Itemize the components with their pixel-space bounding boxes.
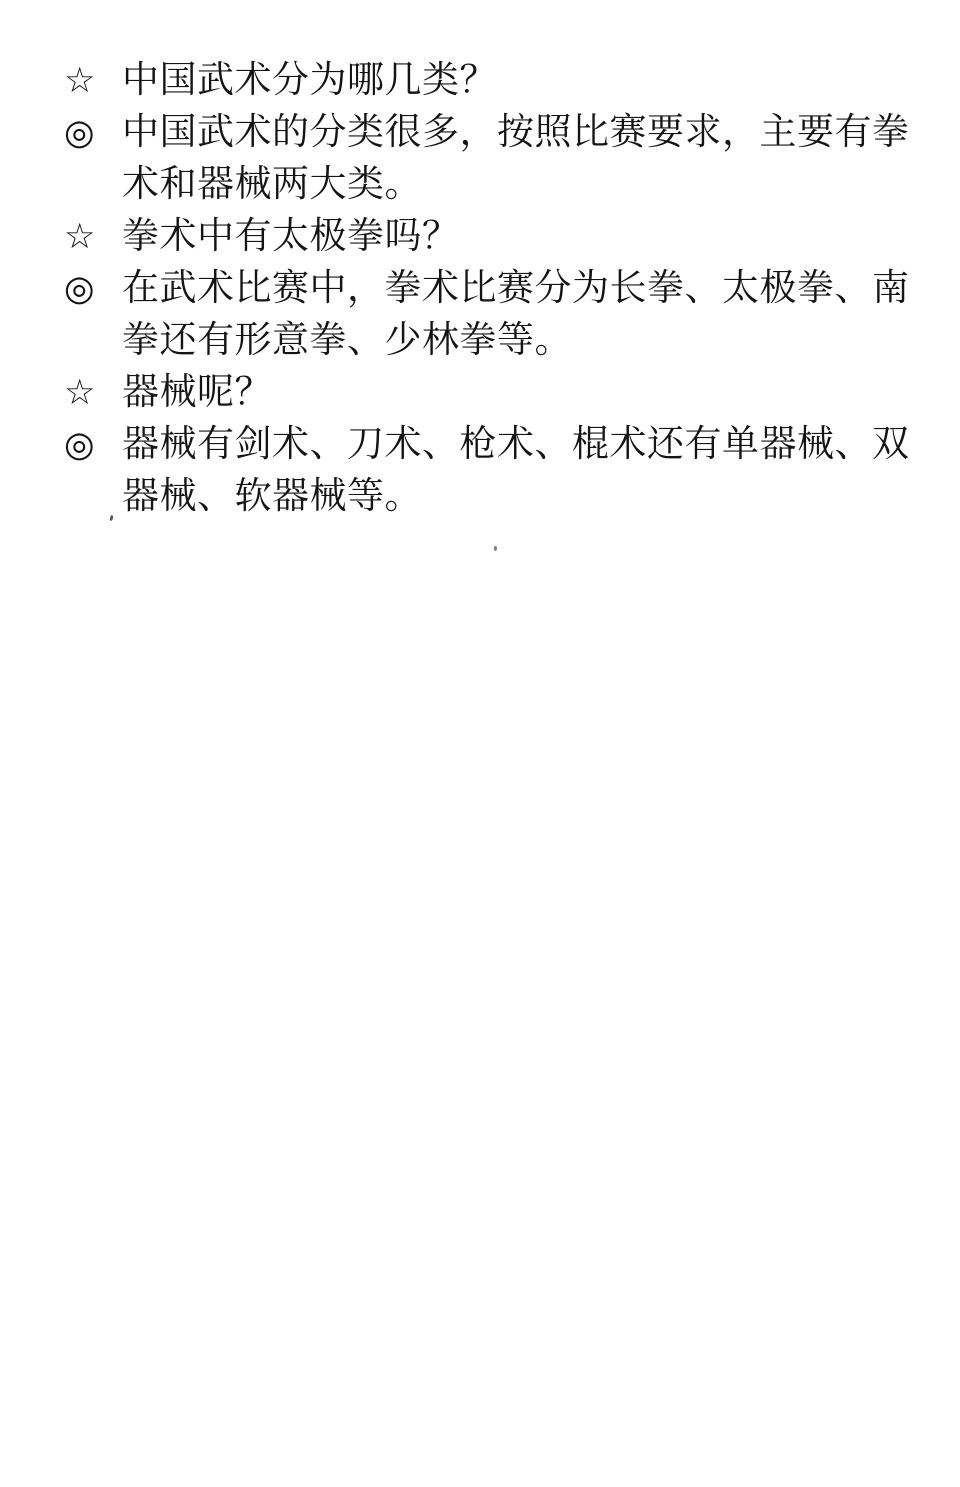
text-line: 在武术比赛中，拳术比赛分为长拳、太极拳、南 [122,263,920,315]
text-line: 器械呢？ [122,367,920,419]
question-block: ☆ 器械呢？ [64,367,920,419]
text-line: 器械、软器械等。 [122,471,920,523]
text-line: 器械有剑术、刀术、枪术、棍术还有单器械、双 [122,419,920,471]
text-line: 中国武术的分类很多，按照比赛要求，主要有拳 [122,107,920,159]
scanned-textbook-page: ☆ 中国武术分为哪几类？ ◎ 中国武术的分类很多，按照比赛要求，主要有拳术和器械… [0,0,960,1487]
question-star-icon: ☆ [64,367,122,419]
answer-block: ◎ 器械有剑术、刀术、枪术、棍术还有单器械、双器械、软器械等。 [64,419,920,523]
question-block: ☆ 中国武术分为哪几类？ [64,55,920,107]
question-star-icon: ☆ [64,55,122,107]
question-text: 拳术中有太极拳吗？ [122,211,920,263]
question-block: ☆ 拳术中有太极拳吗？ [64,211,920,263]
scan-artifact-dot [494,546,497,551]
answer-block: ◎ 在武术比赛中，拳术比赛分为长拳、太极拳、南拳还有形意拳、少林拳等。 [64,263,920,367]
text-line: 拳术中有太极拳吗？ [122,211,920,263]
answer-bullseye-icon: ◎ [64,107,122,159]
dialogue: ☆ 中国武术分为哪几类？ ◎ 中国武术的分类很多，按照比赛要求，主要有拳术和器械… [0,0,960,523]
question-text: 器械呢？ [122,367,920,419]
question-text: 中国武术分为哪几类？ [122,55,920,107]
answer-text: 中国武术的分类很多，按照比赛要求，主要有拳术和器械两大类。 [122,107,920,211]
text-line: 术和器械两大类。 [122,159,920,211]
answer-bullseye-icon: ◎ [64,419,122,471]
answer-bullseye-icon: ◎ [64,263,122,315]
answer-text: 器械有剑术、刀术、枪术、棍术还有单器械、双器械、软器械等。 [122,419,920,523]
question-star-icon: ☆ [64,211,122,263]
answer-block: ◎ 中国武术的分类很多，按照比赛要求，主要有拳术和器械两大类。 [64,107,920,211]
text-line: 拳还有形意拳、少林拳等。 [122,315,920,367]
text-line: 中国武术分为哪几类？ [122,55,920,107]
answer-text: 在武术比赛中，拳术比赛分为长拳、太极拳、南拳还有形意拳、少林拳等。 [122,263,920,367]
